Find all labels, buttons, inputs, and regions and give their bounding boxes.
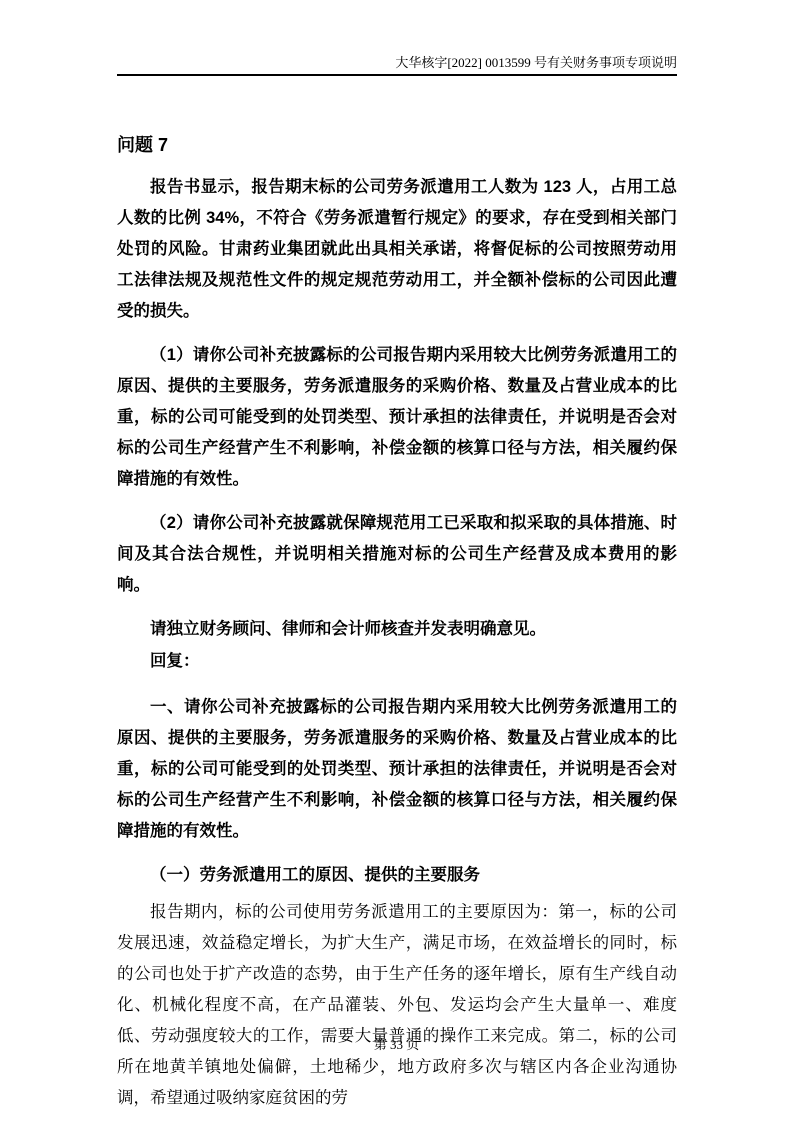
reply-label: 回复： xyxy=(117,646,677,677)
question-item-2-paragraph: （2）请你公司补充披露就保障规范用工已采取和拟采取的具体措施、时间及其合法合规性… xyxy=(117,508,677,601)
page-footer: 第 33 页 xyxy=(0,1036,793,1054)
section-1-heading: （一）劳务派遣用工的原因、提供的主要服务 xyxy=(117,860,677,891)
question-item-1-paragraph: （1）请你公司补充披露标的公司报告期内采用较大比例劳务派遣用工的原因、提供的主要… xyxy=(117,340,677,495)
page-header: 大华核字[2022] 0013599 号有关财务事项专项说明 xyxy=(117,54,677,76)
reason-description-paragraph: 报告期内，标的公司使用劳务派遣用工的主要原因为：第一，标的公司发展迅速，效益稳定… xyxy=(117,896,677,1113)
verification-request-paragraph: 请独立财务顾问、律师和会计师核查并发表明确意见。 xyxy=(117,614,677,645)
document-page: 大华核字[2022] 0013599 号有关财务事项专项说明 问题 7 报告书显… xyxy=(0,0,793,1122)
document-body: 问题 7 报告书显示，报告期末标的公司劳务派遣用工人数为 123 人，占用工总人… xyxy=(117,134,677,1113)
header-doc-reference: 大华核字[2022] 0013599 号有关财务事项专项说明 xyxy=(395,55,677,70)
reply-restatement-paragraph: 一、请你公司补充披露标的公司报告期内采用较大比例劳务派遣用工的原因、提供的主要服… xyxy=(117,692,677,847)
page-number: 第 33 页 xyxy=(374,1037,420,1052)
question-title: 问题 7 xyxy=(117,134,677,156)
report-statement-paragraph: 报告书显示，报告期末标的公司劳务派遣用工人数为 123 人，占用工总人数的比例 … xyxy=(117,172,677,327)
